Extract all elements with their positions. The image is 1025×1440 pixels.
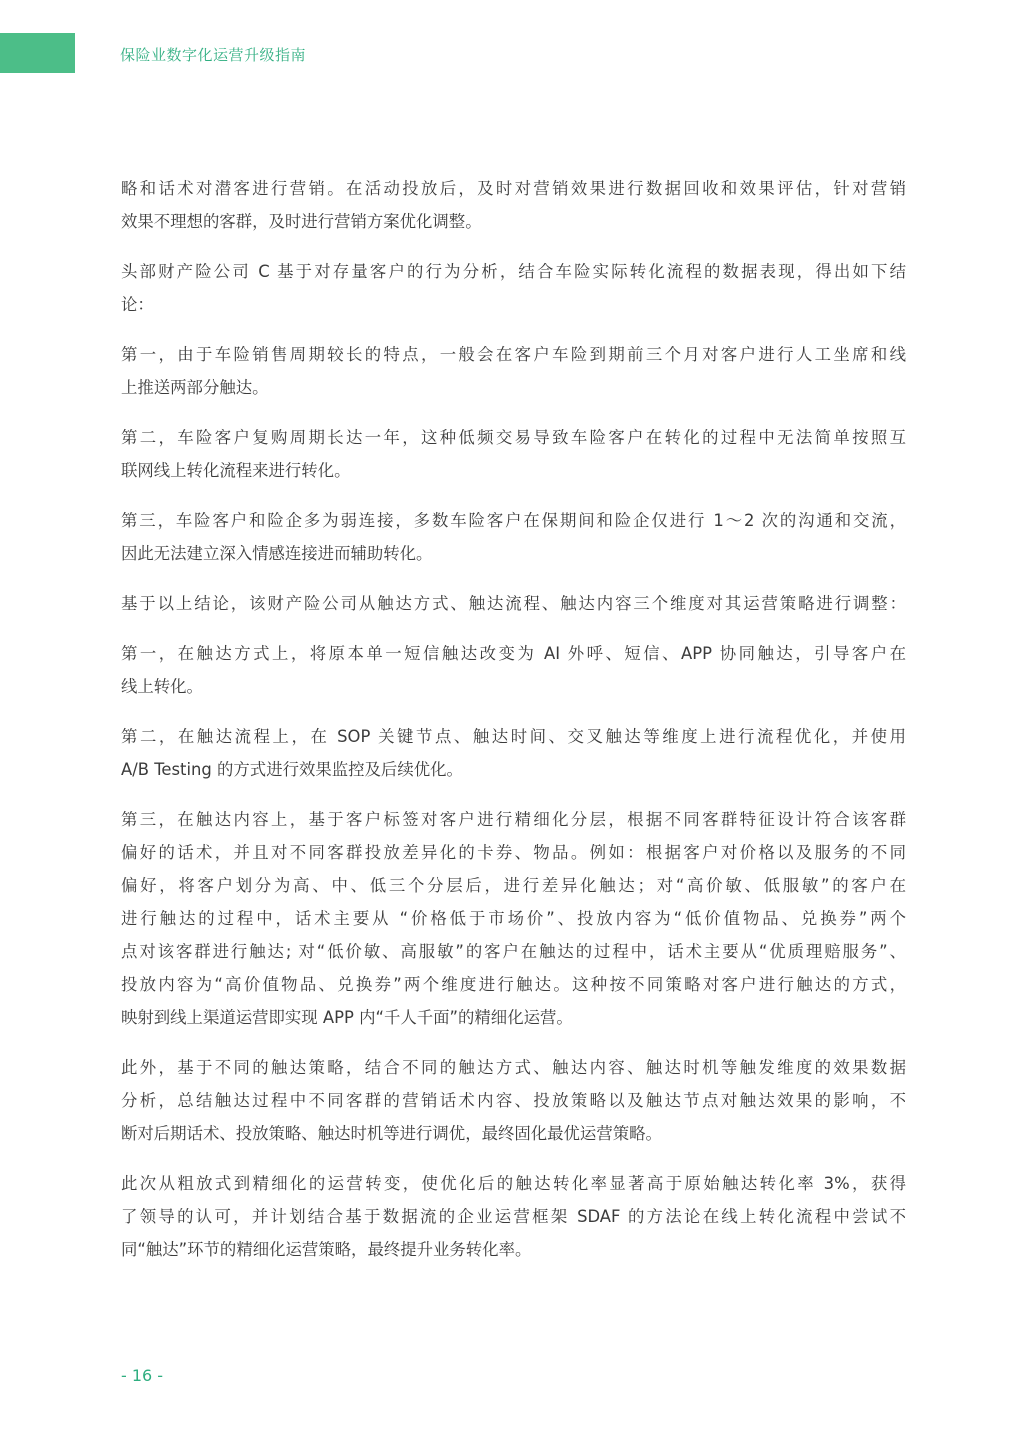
text-line: 第三，车险客户和险企多为弱连接，多数车险客户在保期间和险企仅进行 1～2 次的沟… (121, 504, 906, 537)
text-line: 第二，车险客户复购周期长达一年，这种低频交易导致车险客户在转化的过程中无法简单按… (121, 421, 906, 454)
body-content: 略和话术对潜客进行营销。在活动投放后，及时对营销效果进行数据回收和效果评估，针对… (121, 172, 906, 1283)
paragraph: 第一，由于车险销售周期较长的特点，一般会在客户车险到期前三个月对客户进行人工坐席… (121, 338, 906, 404)
text-line: 第一，由于车险销售周期较长的特点，一般会在客户车险到期前三个月对客户进行人工坐席… (121, 338, 906, 371)
text-line: 分析，总结触达过程中不同客群的营销话术内容、投放策略以及触达节点对触达效果的影响… (121, 1084, 906, 1117)
paragraph: 略和话术对潜客进行营销。在活动投放后，及时对营销效果进行数据回收和效果评估，针对… (121, 172, 906, 238)
text-line: 第一，在触达方式上，将原本单一短信触达改变为 AI 外呼、短信、APP 协同触达… (121, 637, 906, 670)
paragraph: 第三，车险客户和险企多为弱连接，多数车险客户在保期间和险企仅进行 1～2 次的沟… (121, 504, 906, 570)
text-line: 进行触达的过程中，话术主要从 “价格低于市场价”、投放内容为“低价值物品、兑换券… (121, 902, 906, 935)
paragraph: 第二，在触达流程上，在 SOP 关键节点、触达时间、交叉触达等维度上进行流程优化… (121, 720, 906, 786)
page-number: - 16 - (121, 1366, 163, 1385)
text-line: 此外，基于不同的触达策略，结合不同的触达方式、触达内容、触达时机等触发维度的效果… (121, 1051, 906, 1084)
text-line: 第三，在触达内容上，基于客户标签对客户进行精细化分层，根据不同客群特征设计符合该… (121, 803, 906, 836)
text-line: 点对该客群进行触达; 对“低价敏、高服敏”的客户在触达的过程中，话术主要从“优质… (121, 935, 906, 968)
text-line: 此次从粗放式到精细化的运营转变，使优化后的触达转化率显著高于原始触达转化率 3%… (121, 1167, 906, 1200)
text-line: 偏好，将客户划分为高、中、低三个分层后，进行差异化触达；对“高价敏、低服敏”的客… (121, 869, 906, 902)
text-line: 第二，在触达流程上，在 SOP 关键节点、触达时间、交叉触达等维度上进行流程优化… (121, 720, 906, 753)
paragraph: 此次从粗放式到精细化的运营转变，使优化后的触达转化率显著高于原始触达转化率 3%… (121, 1167, 906, 1266)
paragraph: 基于以上结论，该财产险公司从触达方式、触达流程、触达内容三个维度对其运营策略进行… (121, 587, 906, 620)
text-line: 了领导的认可，并计划结合基于数据流的企业运营框架 SDAF 的方法论在线上转化流… (121, 1200, 906, 1233)
paragraph: 此外，基于不同的触达策略，结合不同的触达方式、触达内容、触达时机等触发维度的效果… (121, 1051, 906, 1150)
paragraph: 头部财产险公司 C 基于对存量客户的行为分析，结合车险实际转化流程的数据表现，得… (121, 255, 906, 321)
header-accent-bar (0, 33, 75, 73)
paragraph: 第三，在触达内容上，基于客户标签对客户进行精细化分层，根据不同客群特征设计符合该… (121, 803, 906, 1034)
text-line: 因此无法建立深入情感连接进而辅助转化。 (121, 537, 906, 570)
text-line: 偏好的话术，并且对不同客群投放差异化的卡券、物品。例如：根据客户对价格以及服务的… (121, 836, 906, 869)
text-line: 效果不理想的客群，及时进行营销方案优化调整。 (121, 205, 906, 238)
paragraph: 第二，车险客户复购周期长达一年，这种低频交易导致车险客户在转化的过程中无法简单按… (121, 421, 906, 487)
text-line: 略和话术对潜客进行营销。在活动投放后，及时对营销效果进行数据回收和效果评估，针对… (121, 172, 906, 205)
document-title: 保险业数字化运营升级指南 (120, 44, 306, 65)
text-line: 线上转化。 (121, 670, 906, 703)
text-line: 上推送两部分触达。 (121, 371, 906, 404)
text-line: 论： (121, 288, 906, 321)
text-line: 同“触达”环节的精细化运营策略，最终提升业务转化率。 (121, 1233, 906, 1266)
text-line: 断对后期话术、投放策略、触达时机等进行调优，最终固化最优运营策略。 (121, 1117, 906, 1150)
text-line: 投放内容为“高价值物品、兑换券”两个维度进行触达。这种按不同策略对客户进行触达的… (121, 968, 906, 1001)
paragraph: 第一，在触达方式上，将原本单一短信触达改变为 AI 外呼、短信、APP 协同触达… (121, 637, 906, 703)
text-line: 映射到线上渠道运营即实现 APP 内“千人千面”的精细化运营。 (121, 1001, 906, 1034)
text-line: A/B Testing 的方式进行效果监控及后续优化。 (121, 753, 906, 786)
text-line: 头部财产险公司 C 基于对存量客户的行为分析，结合车险实际转化流程的数据表现，得… (121, 255, 906, 288)
text-line: 基于以上结论，该财产险公司从触达方式、触达流程、触达内容三个维度对其运营策略进行… (121, 587, 906, 620)
text-line: 联网线上转化流程来进行转化。 (121, 454, 906, 487)
